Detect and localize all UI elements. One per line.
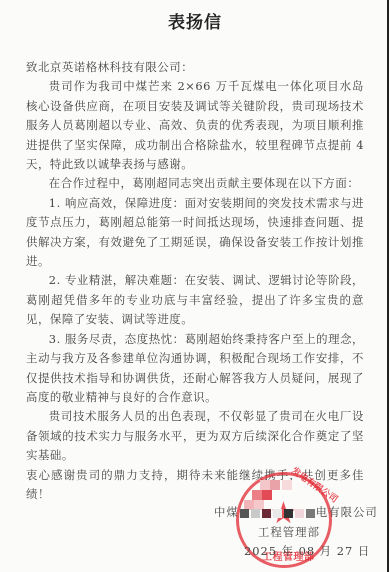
company-name-suffix: 电有限公司 xyxy=(316,505,378,519)
redaction-block xyxy=(251,509,260,518)
signing-department: 工程管理部 xyxy=(258,524,320,540)
signing-date: 2025 年 08 月 27 日 xyxy=(244,543,370,559)
redaction-block xyxy=(284,509,293,518)
redaction-block xyxy=(306,509,315,518)
redaction-block xyxy=(273,509,282,518)
redaction-block xyxy=(240,509,249,518)
signing-company: 中煤电有限公司 xyxy=(214,504,378,520)
signature-block: ★ 发电有限公司 工程管理部 中煤电有限公司 工程管理部 2025 年 08 月… xyxy=(0,0,390,572)
company-name-prefix: 中煤 xyxy=(214,505,239,519)
redaction-block xyxy=(295,509,304,518)
redaction-block xyxy=(262,509,271,518)
letter-page: 表扬信 致北京英诺格林科技有限公司： 贵司作为我司中煤芒来 2×66 万千瓦煤电… xyxy=(0,0,390,572)
